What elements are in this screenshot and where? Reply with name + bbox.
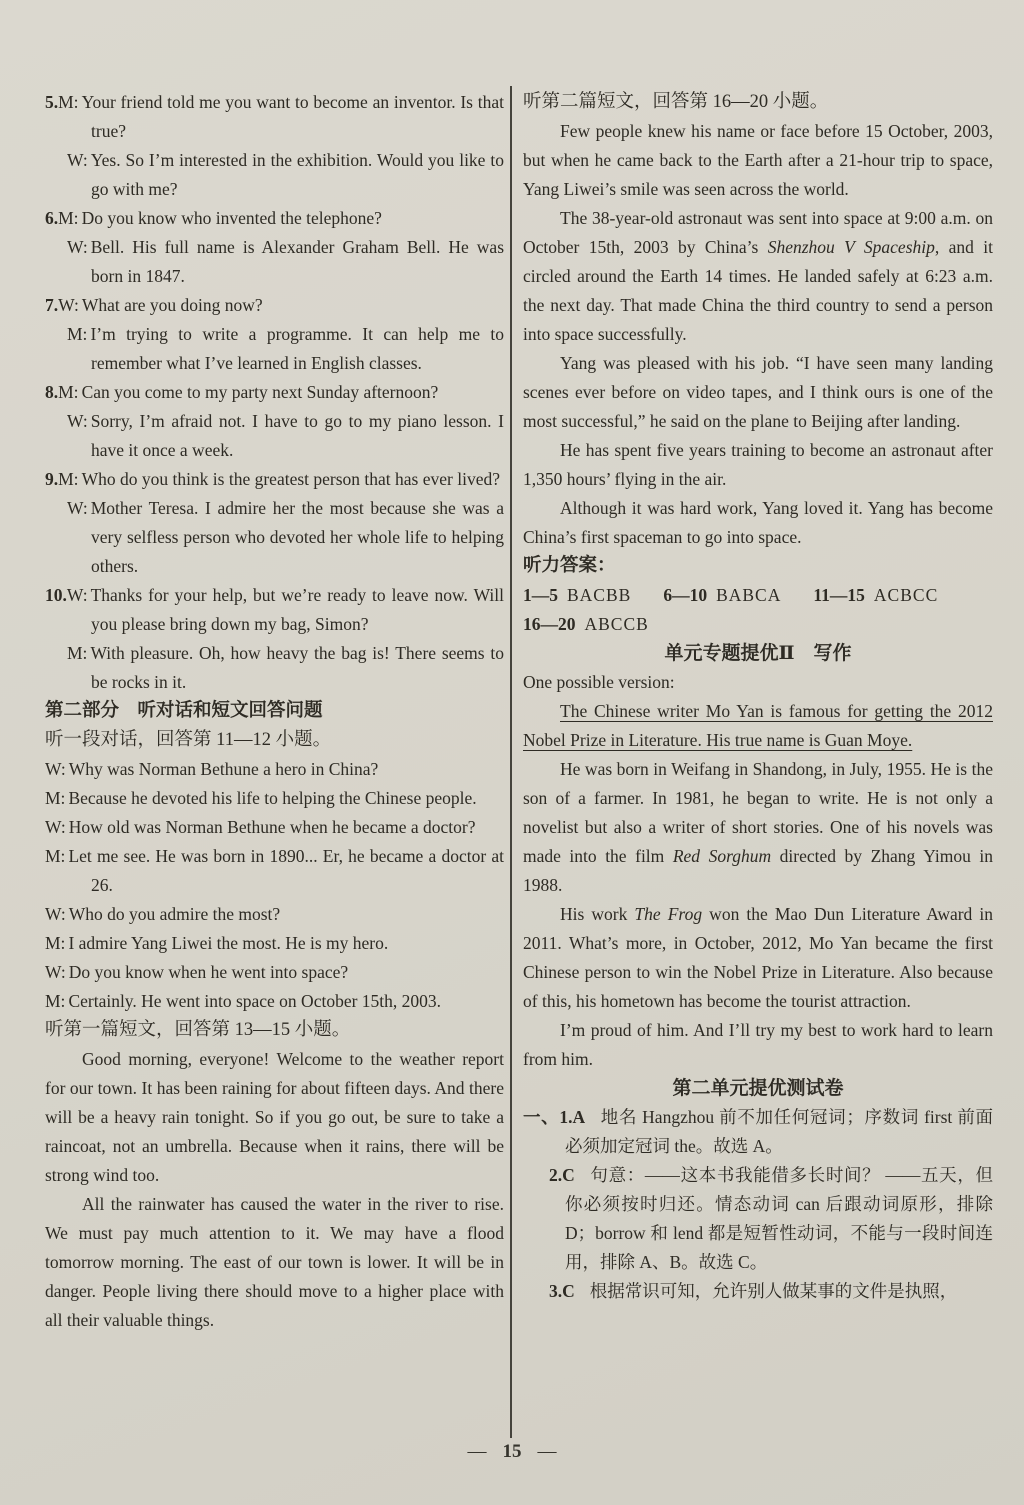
dialog-text: Thanks for your help, but we’re ready to… bbox=[91, 585, 504, 634]
dialog-text: Why was Norman Bethune a hero in China? bbox=[69, 759, 379, 779]
text-segment: Yang was pleased with his job. “I have s… bbox=[523, 353, 993, 431]
dialog-speaker: W: bbox=[67, 585, 88, 605]
paragraph: I’m proud of him. And I’ll try my best t… bbox=[523, 1016, 993, 1074]
dialog-text: I’m trying to write a programme. It can … bbox=[90, 324, 504, 373]
dialog-speaker: W: bbox=[45, 759, 66, 779]
paragraph: Yang was pleased with his job. “I have s… bbox=[523, 349, 993, 436]
dialog-text: Mother Teresa. I admire her the most bec… bbox=[91, 498, 504, 576]
answer-letters: ABCCB bbox=[585, 614, 649, 634]
answer-number: 2.C bbox=[549, 1165, 575, 1185]
explanation-item: 一、1.A地名 Hangzhou 前不加任何冠词；序数词 first 前面必须加… bbox=[523, 1103, 993, 1161]
dialog-text: Let me see. He was born in 1890... Er, h… bbox=[68, 846, 504, 895]
explanation-item: 3.C根据常识可知，允许别人做某事的文件是执照， bbox=[523, 1277, 993, 1306]
dialog-text: Do you know who invented the telephone? bbox=[82, 208, 382, 228]
dialog-text: Who do you admire the most? bbox=[69, 904, 280, 924]
paragraph: One possible version: bbox=[523, 668, 993, 697]
answer-key-line: 1—5BACBB6—10BABCA11—15ACBCC bbox=[523, 581, 993, 610]
dialog-number: 5. bbox=[45, 92, 58, 112]
dialog-line: M:With pleasure. Oh, how heavy the bag i… bbox=[45, 639, 504, 697]
answer-group: 1—5BACBB bbox=[523, 585, 631, 605]
dialog-line: M:Certainly. He went into space on Octob… bbox=[45, 987, 504, 1016]
paragraph: Good morning, everyone! Welcome to the w… bbox=[45, 1045, 504, 1190]
dialog-speaker: W: bbox=[67, 237, 88, 257]
dialog-text: I admire Yang Liwei the most. He is my h… bbox=[68, 933, 388, 953]
text-segment: Good morning, everyone! Welcome to the w… bbox=[45, 1049, 504, 1185]
dialog-line: W:Mother Teresa. I admire her the most b… bbox=[45, 494, 504, 581]
dialog-number: 8. bbox=[45, 382, 58, 402]
text-segment: His work bbox=[560, 904, 634, 924]
answer-letters: BABCA bbox=[716, 585, 781, 605]
page-number: 15 bbox=[503, 1441, 522, 1462]
paragraph: Although it was hard work, Yang loved it… bbox=[523, 494, 993, 552]
dialog-speaker: M: bbox=[45, 933, 65, 953]
answer-range: 1—5 bbox=[523, 585, 558, 605]
section-line: 听一段对话，回答第 11—12 小题。 bbox=[45, 726, 504, 755]
section-line: 听第二篇短文，回答第 16—20 小题。 bbox=[523, 88, 993, 117]
section-number: 一、 bbox=[523, 1107, 559, 1127]
text-segment: The Chinese writer Mo Yan is famous for … bbox=[523, 701, 993, 750]
text-segment: Although it was hard work, Yang loved it… bbox=[523, 498, 993, 547]
answer-key-line: 16—20ABCCB bbox=[523, 610, 993, 639]
dialog-speaker: M: bbox=[67, 643, 87, 663]
paragraph: Few people knew his name or face before … bbox=[523, 117, 993, 204]
dialog-line: W:Do you know when he went into space? bbox=[45, 958, 504, 987]
dialog-text: Do you know when he went into space? bbox=[69, 962, 348, 982]
answers-label: 听力答案： bbox=[523, 552, 993, 581]
answer-group: 16—20ABCCB bbox=[523, 614, 649, 634]
text-segment: The Frog bbox=[634, 904, 702, 924]
paragraph: His work The Frog won the Mao Dun Litera… bbox=[523, 900, 993, 1016]
dialog-speaker: M: bbox=[58, 382, 78, 402]
text-segment: Few people knew his name or face before … bbox=[523, 121, 993, 199]
dialog-line: 9.M:Who do you think is the greatest per… bbox=[45, 465, 504, 494]
dialog-speaker: W: bbox=[58, 295, 79, 315]
explanation-text: 根据常识可知，允许别人做某事的文件是执照， bbox=[590, 1281, 958, 1301]
dialog-speaker: M: bbox=[45, 991, 65, 1011]
paragraph: He has spent five years training to beco… bbox=[523, 436, 993, 494]
dialog-line: M:I admire Yang Liwei the most. He is my… bbox=[45, 929, 504, 958]
dialog-speaker: M: bbox=[45, 788, 65, 808]
dialog-text: Sorry, I’m afraid not. I have to go to m… bbox=[91, 411, 504, 460]
dialog-line: 8.M:Can you come to my party next Sunday… bbox=[45, 378, 504, 407]
dialog-line: 10.W:Thanks for your help, but we’re rea… bbox=[45, 581, 504, 639]
dialog-text: Who do you think is the greatest person … bbox=[82, 469, 500, 489]
dialog-line: W:Bell. His full name is Alexander Graha… bbox=[45, 233, 504, 291]
right-column: 听第二篇短文，回答第 16—20 小题。Few people knew his … bbox=[523, 88, 993, 1306]
text-segment: Shenzhou V Spaceship bbox=[768, 237, 935, 257]
text-segment: Red Sorghum bbox=[673, 846, 771, 866]
dialog-speaker: W: bbox=[45, 817, 66, 837]
dialog-number: 10. bbox=[45, 585, 67, 605]
dialog-text: Yes. So I’m interested in the exhibition… bbox=[91, 150, 504, 199]
dialog-speaker: W: bbox=[67, 411, 88, 431]
dialog-number: 6. bbox=[45, 208, 58, 228]
dialog-line: M:Because he devoted his life to helping… bbox=[45, 784, 504, 813]
dialog-text: Can you come to my party next Sunday aft… bbox=[82, 382, 439, 402]
footer-dash-left: — bbox=[468, 1441, 487, 1462]
dialog-speaker: M: bbox=[67, 324, 87, 344]
dialog-speaker: M: bbox=[45, 846, 65, 866]
answer-number: 1.A bbox=[559, 1107, 585, 1127]
column-divider bbox=[510, 86, 512, 1438]
paragraph: He was born in Weifang in Shandong, in J… bbox=[523, 755, 993, 900]
paragraph: All the rainwater has caused the water i… bbox=[45, 1190, 504, 1335]
explanation-item: 2.C句意：——这本书我能借多长时间？ ——五天，但你必须按时归还。情态动词 c… bbox=[523, 1161, 993, 1277]
section-heading: 第二单元提优测试卷 bbox=[523, 1074, 993, 1103]
dialog-line: 6.M:Do you know who invented the telepho… bbox=[45, 204, 504, 233]
dialog-line: W:Sorry, I’m afraid not. I have to go to… bbox=[45, 407, 504, 465]
text-segment: I’m proud of him. And I’ll try my best t… bbox=[523, 1020, 993, 1069]
dialog-text: Because he devoted his life to helping t… bbox=[68, 788, 476, 808]
text-segment: All the rainwater has caused the water i… bbox=[45, 1194, 504, 1330]
dialog-line: W:Who do you admire the most? bbox=[45, 900, 504, 929]
section-line: 第二部分 听对话和短文回答问题 bbox=[45, 697, 504, 726]
explanation-text: 地名 Hangzhou 前不加任何冠词；序数词 first 前面必须加定冠词 t… bbox=[565, 1107, 993, 1156]
dialog-line: M:I’m trying to write a programme. It ca… bbox=[45, 320, 504, 378]
dialog-text: Your friend told me you want to become a… bbox=[82, 92, 504, 141]
text-segment: He has spent five years training to beco… bbox=[523, 440, 993, 489]
answer-letters: ACBCC bbox=[874, 585, 938, 605]
dialog-line: W:How old was Norman Bethune when he bec… bbox=[45, 813, 504, 842]
dialog-text: What are you doing now? bbox=[82, 295, 263, 315]
text-segment: One possible version: bbox=[523, 672, 675, 692]
dialog-text: How old was Norman Bethune when he becam… bbox=[69, 817, 476, 837]
paragraph: The Chinese writer Mo Yan is famous for … bbox=[523, 697, 993, 755]
dialog-speaker: M: bbox=[58, 208, 78, 228]
answer-letters: BACBB bbox=[567, 585, 631, 605]
answer-range: 16—20 bbox=[523, 614, 576, 634]
dialog-text: Certainly. He went into space on October… bbox=[68, 991, 441, 1011]
dialog-speaker: W: bbox=[45, 904, 66, 924]
section-line: 听第一篇短文，回答第 13—15 小题。 bbox=[45, 1016, 504, 1045]
dialog-speaker: M: bbox=[58, 469, 78, 489]
dialog-number: 9. bbox=[45, 469, 58, 489]
page-footer: —15— bbox=[0, 1441, 1024, 1463]
dialog-speaker: W: bbox=[67, 150, 88, 170]
answer-number: 3.C bbox=[549, 1281, 575, 1301]
section-heading: 单元专题提优Ⅱ 写作 bbox=[523, 639, 993, 668]
dialog-line: 5.M:Your friend told me you want to beco… bbox=[45, 88, 504, 146]
answer-range: 6—10 bbox=[663, 585, 707, 605]
scanned-answer-page: 5.M:Your friend told me you want to beco… bbox=[0, 0, 1024, 1505]
dialog-number: 7. bbox=[45, 295, 58, 315]
dialog-text: With pleasure. Oh, how heavy the bag is!… bbox=[90, 643, 504, 692]
dialog-line: 7.W:What are you doing now? bbox=[45, 291, 504, 320]
dialog-line: W:Yes. So I’m interested in the exhibiti… bbox=[45, 146, 504, 204]
dialog-line: W:Why was Norman Bethune a hero in China… bbox=[45, 755, 504, 784]
dialog-line: M:Let me see. He was born in 1890... Er,… bbox=[45, 842, 504, 900]
answer-group: 6—10BABCA bbox=[663, 585, 781, 605]
answer-range: 11—15 bbox=[813, 585, 865, 605]
footer-dash-right: — bbox=[538, 1441, 557, 1462]
paragraph: The 38-year-old astronaut was sent into … bbox=[523, 204, 993, 349]
dialog-speaker: M: bbox=[58, 92, 78, 112]
answer-group: 11—15ACBCC bbox=[813, 585, 938, 605]
explanation-text: 句意：——这本书我能借多长时间？ ——五天，但你必须按时归还。情态动词 can … bbox=[565, 1165, 993, 1272]
left-column: 5.M:Your friend told me you want to beco… bbox=[45, 88, 504, 1335]
dialog-speaker: W: bbox=[45, 962, 66, 982]
dialog-text: Bell. His full name is Alexander Graham … bbox=[91, 237, 504, 286]
dialog-speaker: W: bbox=[67, 498, 88, 518]
